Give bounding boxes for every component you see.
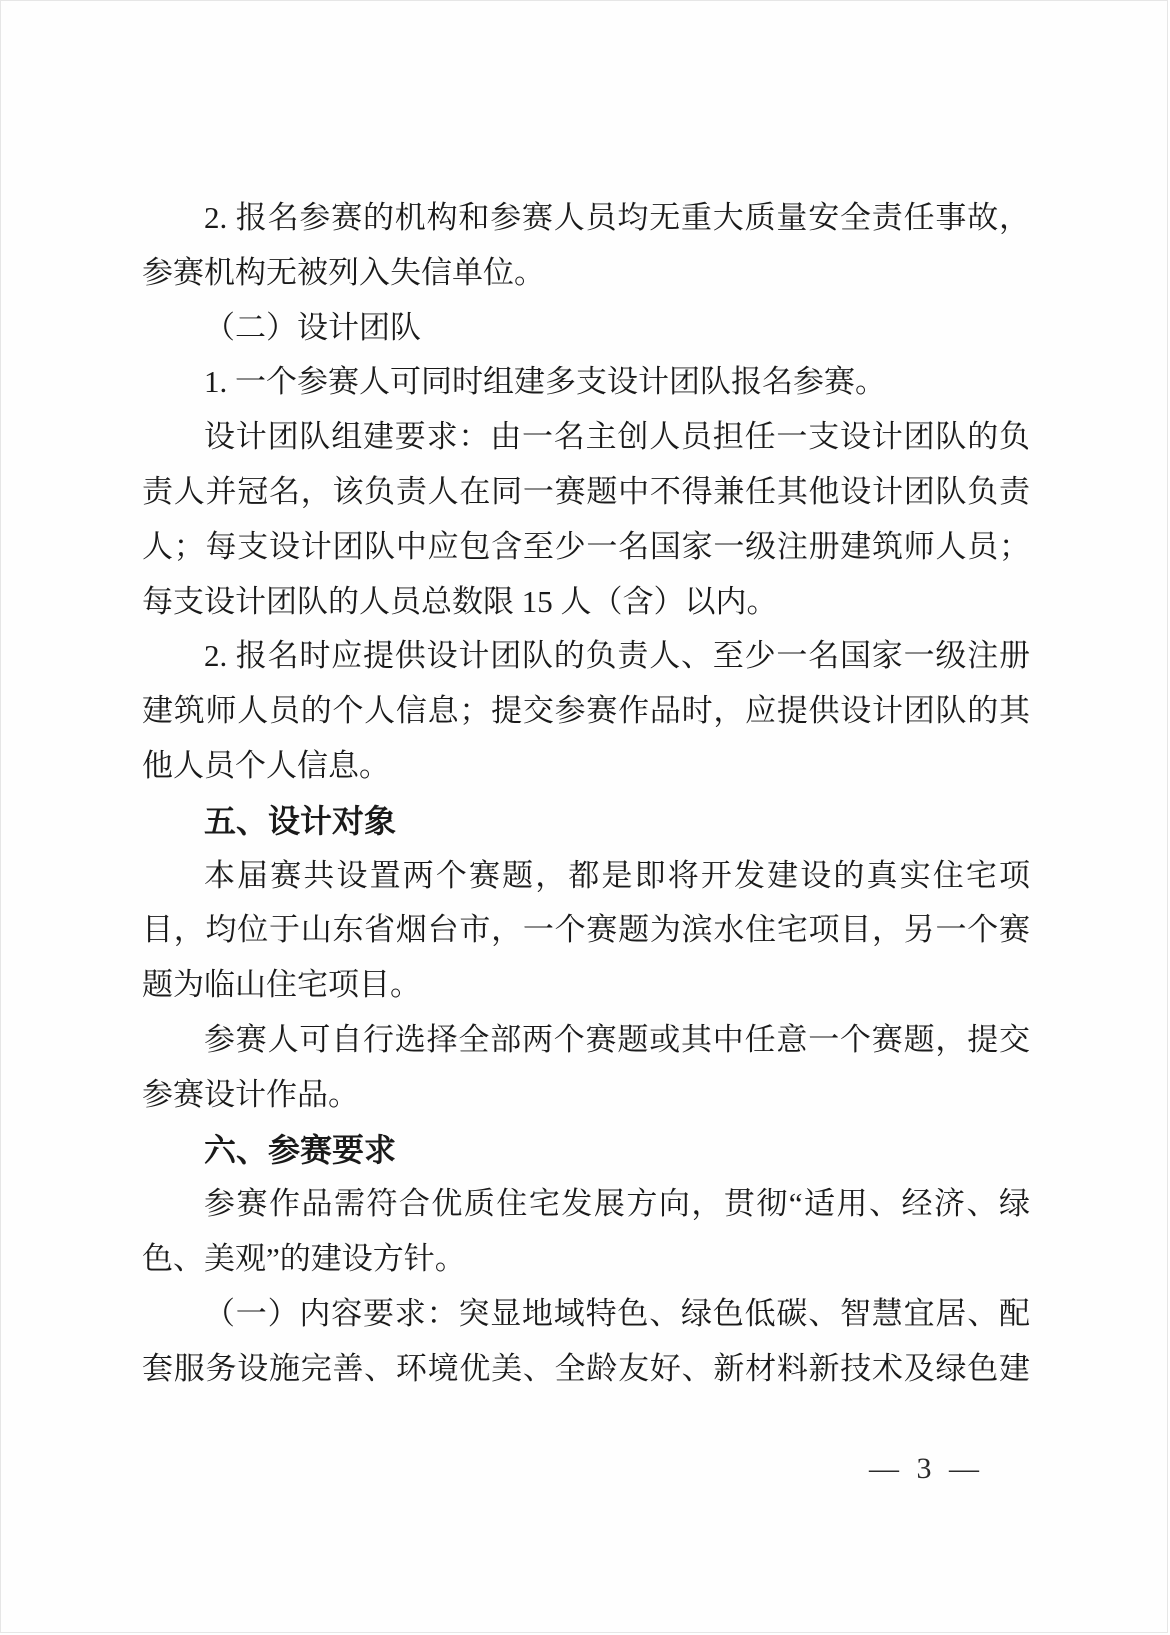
text-line: 参赛设计作品。 xyxy=(142,1068,1030,1123)
text-line: 本届赛共设置两个赛题，都是即将开发建设的真实住宅项 xyxy=(142,849,1030,904)
document-page: 2. 报名参赛的机构和参赛人员均无重大质量安全责任事故，参赛机构无被列入失信单位… xyxy=(0,0,1168,1633)
text-line: 套服务设施完善、环境优美、全龄友好、新材料新技术及绿色建 xyxy=(142,1342,1030,1397)
text-line: （一）内容要求：突显地域特色、绿色低碳、智慧宜居、配 xyxy=(142,1287,1030,1342)
text-line: 色、美观”的建设方针。 xyxy=(142,1232,1030,1287)
text-line: 人；每支设计团队中应包含至少一名国家一级注册建筑师人员； xyxy=(142,520,1030,575)
text-line: 建筑师人员的个人信息；提交参赛作品时，应提供设计团队的其 xyxy=(142,684,1030,739)
text-line: 1. 一个参赛人可同时组建多支设计团队报名参赛。 xyxy=(142,355,1030,410)
text-line: （二）设计团队 xyxy=(142,301,1030,356)
page-number: — 3 — xyxy=(869,1449,984,1489)
text-line: 他人员个人信息。 xyxy=(142,739,1030,794)
text-line: 2. 报名时应提供设计团队的负责人、至少一名国家一级注册 xyxy=(142,629,1030,684)
text-line: 责人并冠名，该负责人在同一赛题中不得兼任其他设计团队负责 xyxy=(142,465,1030,520)
text-line: 参赛作品需符合优质住宅发展方向，贯彻“适用、经济、绿 xyxy=(142,1177,1030,1232)
text-line: 题为临山住宅项目。 xyxy=(142,958,1030,1013)
section-heading: 六、参赛要求 xyxy=(142,1123,1030,1178)
section-heading: 五、设计对象 xyxy=(142,794,1030,849)
text-line: 每支设计团队的人员总数限 15 人（含）以内。 xyxy=(142,575,1030,630)
text-line: 设计团队组建要求：由一名主创人员担任一支设计团队的负 xyxy=(142,410,1030,465)
text-line: 参赛机构无被列入失信单位。 xyxy=(142,246,1030,301)
document-body: 2. 报名参赛的机构和参赛人员均无重大质量安全责任事故，参赛机构无被列入失信单位… xyxy=(142,191,1030,1397)
text-line: 目，均位于山东省烟台市，一个赛题为滨水住宅项目，另一个赛 xyxy=(142,903,1030,958)
text-line: 2. 报名参赛的机构和参赛人员均无重大质量安全责任事故， xyxy=(142,191,1030,246)
text-line: 参赛人可自行选择全部两个赛题或其中任意一个赛题，提交 xyxy=(142,1013,1030,1068)
